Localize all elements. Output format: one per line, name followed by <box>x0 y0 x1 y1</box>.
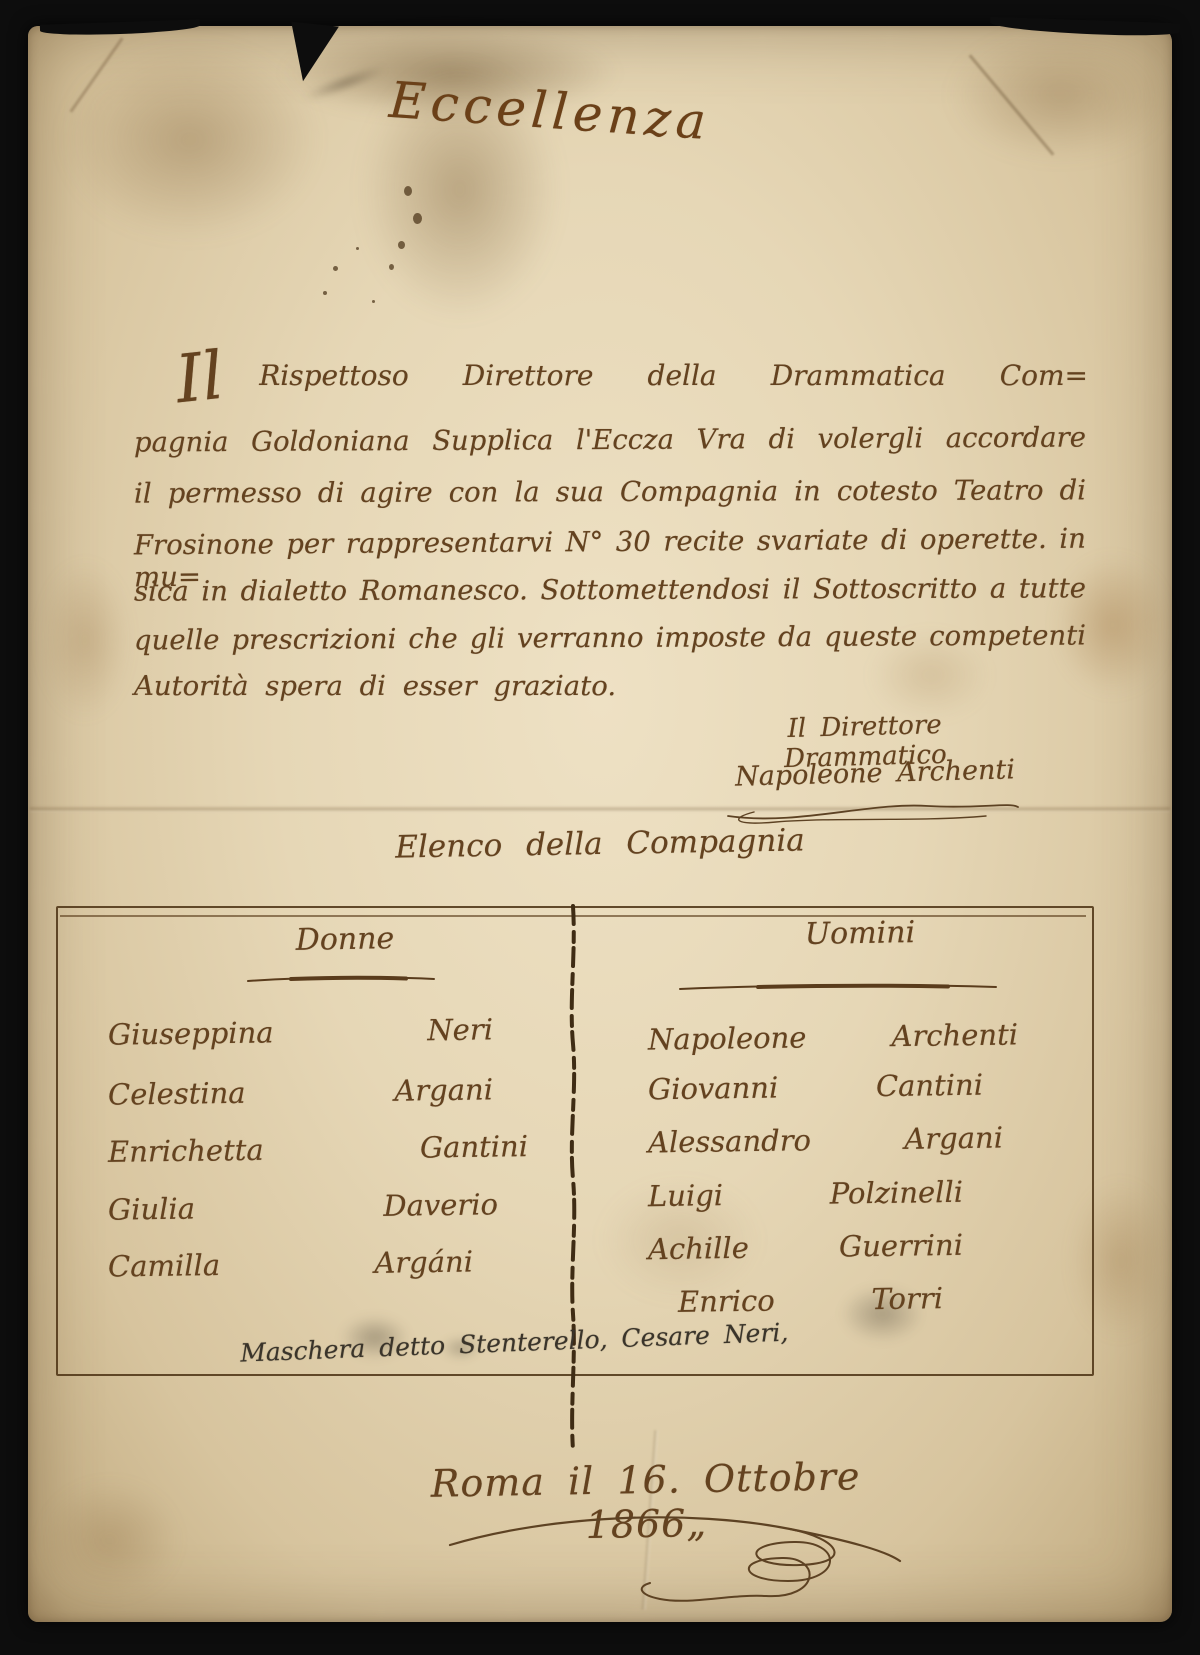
ink-dot <box>389 264 394 270</box>
last-name: Gantini <box>420 1129 528 1165</box>
roster-row-woman: Camilla Argáni <box>108 1244 473 1283</box>
ink-dot <box>398 241 405 249</box>
underline-stroke <box>678 982 998 992</box>
first-name: Enrichetta <box>108 1133 264 1169</box>
first-name: Giuseppina <box>108 1015 274 1051</box>
roster-row-man: Enrico Torri <box>678 1281 943 1319</box>
first-name: Luigi <box>648 1178 724 1213</box>
first-name: Napoleone <box>648 1020 807 1056</box>
body-line: quelle prescrizioni che gli verranno imp… <box>134 620 1086 657</box>
body-line: sica in dialetto Romanesco. Sottomettend… <box>134 572 1086 607</box>
first-name: Enrico <box>678 1284 775 1319</box>
last-name: Torri <box>871 1281 943 1316</box>
closing-flourish <box>430 1505 910 1615</box>
body-line: il permesso di agire con la sua Compagni… <box>134 474 1086 509</box>
ink-dot <box>404 186 412 196</box>
first-name: Giovanni <box>648 1071 779 1107</box>
body-line: Autorità spera di esser graziato. <box>134 670 1086 702</box>
last-name: Cantini <box>876 1068 984 1103</box>
last-name: Polzinelli <box>829 1175 963 1211</box>
roster-row-woman: Celestina Argani <box>108 1072 493 1111</box>
opening-initial: Il <box>174 350 226 404</box>
last-name: Argani <box>394 1072 493 1107</box>
ink-dot <box>372 300 375 303</box>
body-line-text: Rispettoso Direttore della Drammatica Co… <box>259 359 1088 402</box>
ink-dot <box>333 266 338 271</box>
last-name: Argani <box>904 1121 1003 1156</box>
roster-row-man: Luigi Polzinelli <box>648 1175 963 1213</box>
roster-row-woman: Giuseppina Neri <box>108 1012 493 1051</box>
roster-row-man: Achille Guerrini <box>648 1228 963 1266</box>
column-divider-line <box>566 904 580 1452</box>
first-name: Giulia <box>108 1192 195 1227</box>
first-name: Camilla <box>108 1248 221 1284</box>
column-header-uomini: Uomini <box>710 913 1011 953</box>
roster-row-woman: Giulia Daverio <box>108 1187 498 1226</box>
roster-row-woman: Enrichetta Gantini <box>108 1129 528 1169</box>
underline-stroke <box>246 974 436 984</box>
last-name: Archenti <box>891 1017 1018 1053</box>
last-name: Neri <box>427 1012 493 1047</box>
first-name: Alessandro <box>648 1123 811 1159</box>
ink-dot <box>356 247 359 250</box>
last-name: Guerrini <box>839 1228 963 1264</box>
ink-dot <box>323 291 327 295</box>
roster-row-man: Giovanni Cantini <box>648 1068 983 1107</box>
body-line: Il Rispettoso Direttore della Drammatica… <box>176 330 1088 402</box>
first-name: Achille <box>648 1231 749 1266</box>
roster-row-man: Napoleone Archenti <box>648 1017 1018 1056</box>
body-line: pagnia Goldoniana Supplica l'Eccza Vra d… <box>134 422 1086 459</box>
roster-row-man: Alessandro Argani <box>648 1121 1003 1160</box>
last-name: Daverio <box>383 1187 498 1223</box>
ink-dot <box>413 213 422 224</box>
last-name: Argáni <box>374 1244 473 1279</box>
document-scan: Eccellenza Il Rispettoso Direttore della… <box>0 0 1200 1655</box>
first-name: Celestina <box>108 1076 246 1112</box>
column-header-donne: Donne <box>220 920 471 959</box>
